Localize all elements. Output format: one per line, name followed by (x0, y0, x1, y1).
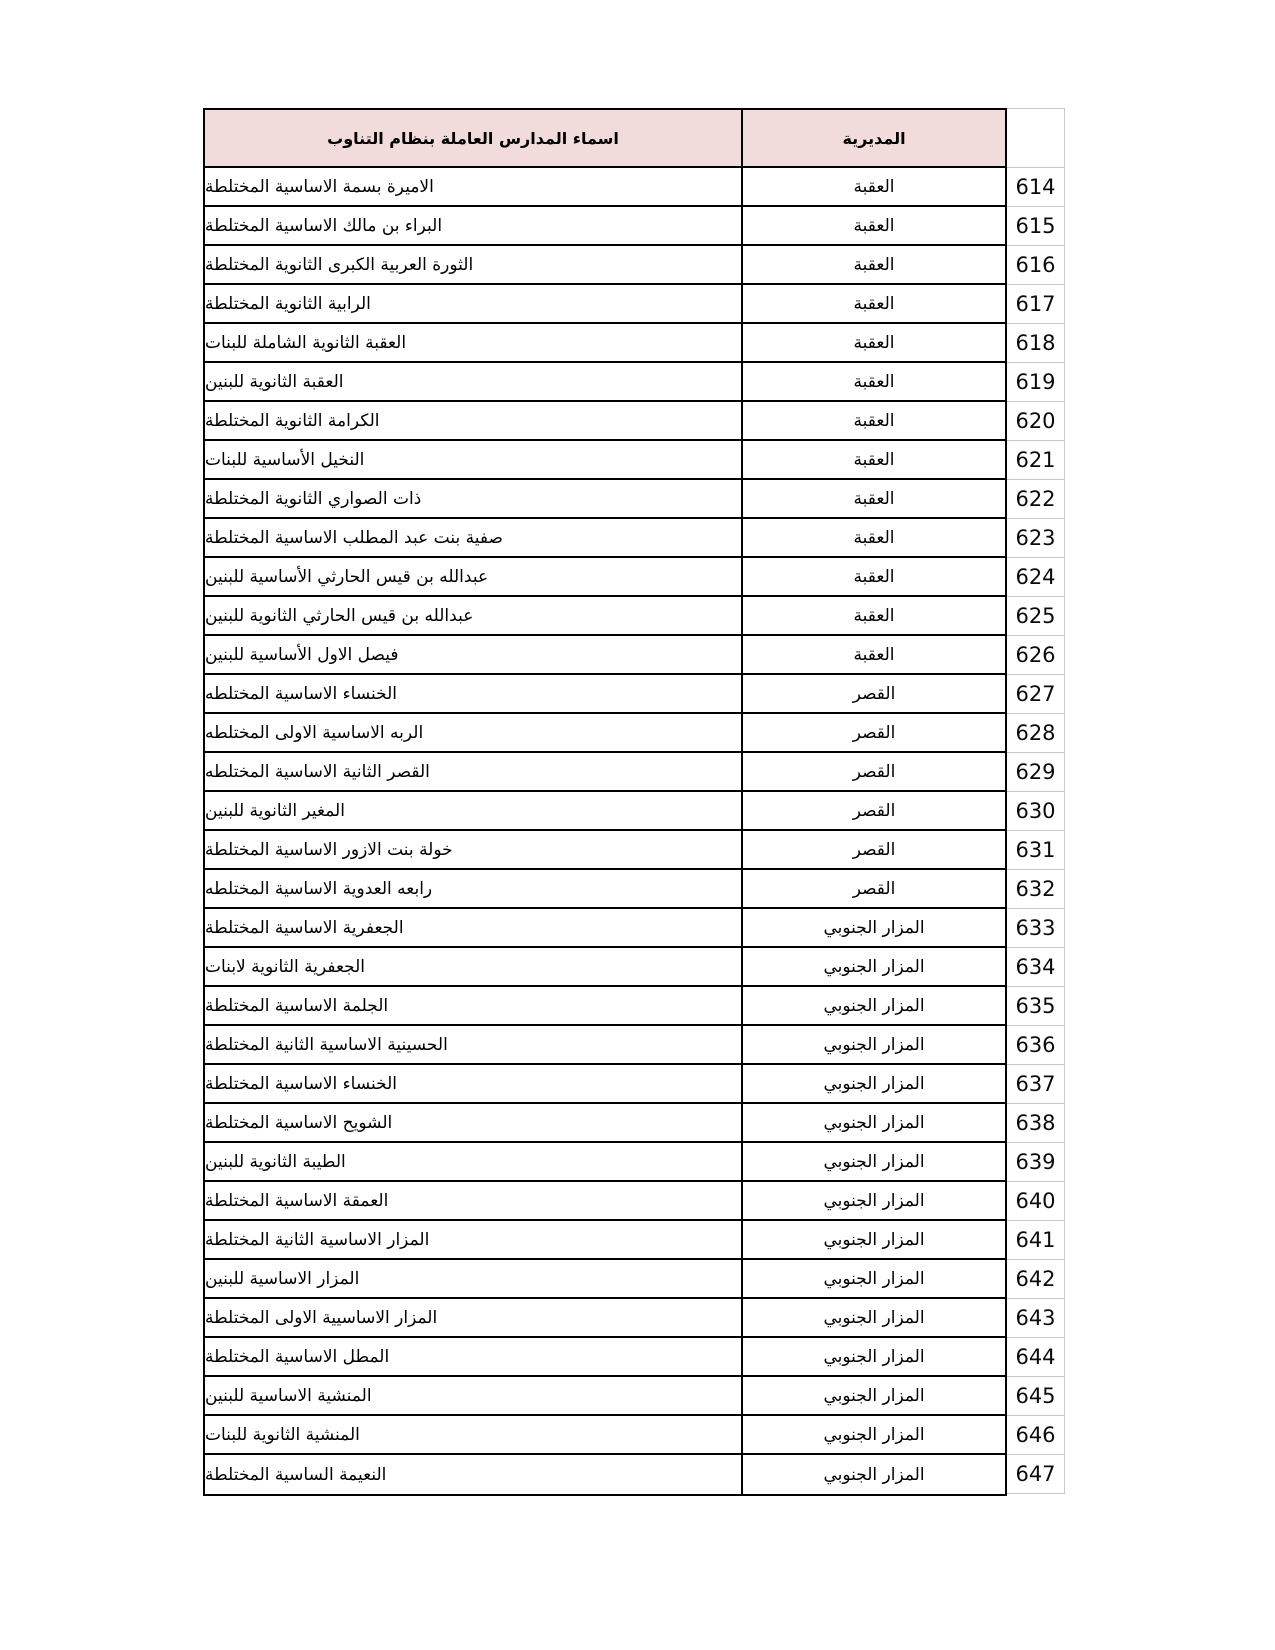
table-row: الثورة العربية الكبرى الثانوية المختلطةا… (205, 246, 1005, 285)
school-name-cell: النعيمة الساسية المختلطة (205, 1455, 741, 1494)
row-number-cell: 639 (1007, 1143, 1065, 1182)
table-row: العقبة الثانوية الشاملة للبناتالعقبة (205, 324, 1005, 363)
row-number-cell: 622 (1007, 480, 1065, 519)
table-row: عبدالله بن قيس الحارثي الأساسية للبنينال… (205, 558, 1005, 597)
table-row: العقبة الثانوية للبنينالعقبة (205, 363, 1005, 402)
row-number-cell: 617 (1007, 285, 1065, 324)
row-number-cell: 638 (1007, 1104, 1065, 1143)
row-number-column: 6146156166176186196206216226236246256266… (1007, 108, 1065, 1494)
table-row: الربه الاساسية الاولى المختلطهالقصر (205, 714, 1005, 753)
row-number-cell: 616 (1007, 246, 1065, 285)
table-row: الرابية الثانوية المختلطةالعقبة (205, 285, 1005, 324)
table-row: المزار الاساسيية الاولى المختلطةالمزار ا… (205, 1299, 1005, 1338)
table-row: المغير الثانوية للبنينالقصر (205, 792, 1005, 831)
table-row: الجعفرية الثانوية لابناتالمزار الجنوبي (205, 948, 1005, 987)
table-row: الاميرة بسمة الاساسية المختلطةالعقبة (205, 168, 1005, 207)
directorate-cell: القصر (741, 870, 1005, 907)
row-number-header-spacer (1007, 108, 1065, 168)
school-name-cell: العقبة الثانوية الشاملة للبنات (205, 324, 741, 361)
row-number-cell: 628 (1007, 714, 1065, 753)
directorate-cell: العقبة (741, 597, 1005, 634)
table-row: عبدالله بن قيس الحارثي الثانوية للبنينال… (205, 597, 1005, 636)
directorate-cell: العقبة (741, 324, 1005, 361)
school-name-cell: العمقة الاساسية المختلطة (205, 1182, 741, 1219)
directorate-cell: العقبة (741, 168, 1005, 205)
row-number-cell: 625 (1007, 597, 1065, 636)
directorate-cell: القصر (741, 714, 1005, 751)
table-row: المنشية الثانوية للبناتالمزار الجنوبي (205, 1416, 1005, 1455)
table-row: النخيل الأساسية للبناتالعقبة (205, 441, 1005, 480)
table-row: المزار الاساسية الثانية المختلطةالمزار ا… (205, 1221, 1005, 1260)
row-number-cell: 644 (1007, 1338, 1065, 1377)
school-name-cell: الخنساء الاساسية المختلطة (205, 1065, 741, 1102)
directorate-cell: القصر (741, 792, 1005, 829)
school-name-cell: العقبة الثانوية للبنين (205, 363, 741, 400)
schools-table-main: اسماء المدارس العاملة بنظام التناوب المد… (203, 108, 1007, 1496)
school-name-cell: المزار الاساسية الثانية المختلطة (205, 1221, 741, 1258)
directorate-cell: المزار الجنوبي (741, 1065, 1005, 1102)
school-name-cell: المزار الاساسية للبنين (205, 1260, 741, 1297)
directorate-cell: المزار الجنوبي (741, 1377, 1005, 1414)
directorate-cell: العقبة (741, 441, 1005, 478)
school-name-cell: عبدالله بن قيس الحارثي الأساسية للبنين (205, 558, 741, 595)
table-row: ذات الصواري الثانوية المختلطةالعقبة (205, 480, 1005, 519)
school-name-cell: المزار الاساسيية الاولى المختلطة (205, 1299, 741, 1336)
directorate-cell: المزار الجنوبي (741, 1338, 1005, 1375)
school-name-cell: الجلمة الاساسية المختلطة (205, 987, 741, 1024)
directorate-cell: العقبة (741, 285, 1005, 322)
directorate-cell: المزار الجنوبي (741, 1026, 1005, 1063)
school-name-cell: الكرامة الثانوية المختلطة (205, 402, 741, 439)
school-name-cell: صفية بنت عبد المطلب الاساسية المختلطة (205, 519, 741, 556)
school-name-cell: الحسينية الاساسية الثانية المختلطة (205, 1026, 741, 1063)
directorate-cell: القصر (741, 831, 1005, 868)
row-number-cell: 636 (1007, 1026, 1065, 1065)
header-schools-label: اسماء المدارس العاملة بنظام التناوب (327, 129, 619, 148)
table-row: الجعفرية الاساسية المختلطةالمزار الجنوبي (205, 909, 1005, 948)
header-schools-column: اسماء المدارس العاملة بنظام التناوب (205, 110, 741, 166)
school-name-cell: المنشية الاساسية للبنين (205, 1377, 741, 1414)
directorate-cell: القصر (741, 753, 1005, 790)
row-number-cell: 637 (1007, 1065, 1065, 1104)
row-number-cell: 635 (1007, 987, 1065, 1026)
directorate-cell: المزار الجنوبي (741, 1221, 1005, 1258)
table-row: المنشية الاساسية للبنينالمزار الجنوبي (205, 1377, 1005, 1416)
directorate-cell: العقبة (741, 402, 1005, 439)
table-row: العمقة الاساسية المختلطةالمزار الجنوبي (205, 1182, 1005, 1221)
row-number-cell: 623 (1007, 519, 1065, 558)
table-row: الخنساء الاساسية المختلطهالقصر (205, 675, 1005, 714)
row-number-cell: 619 (1007, 363, 1065, 402)
school-name-cell: البراء بن مالك الاساسية المختلطة (205, 207, 741, 244)
school-name-cell: فيصل الاول الأساسية للبنين (205, 636, 741, 673)
directorate-cell: المزار الجنوبي (741, 1455, 1005, 1494)
directorate-cell: العقبة (741, 558, 1005, 595)
school-name-cell: المنشية الثانوية للبنات (205, 1416, 741, 1453)
table-row: الطيبة الثانوية للبنينالمزار الجنوبي (205, 1143, 1005, 1182)
directorate-cell: العقبة (741, 363, 1005, 400)
table-body: الاميرة بسمة الاساسية المختلطةالعقبةالبر… (205, 168, 1005, 1494)
row-number-cells: 6146156166176186196206216226236246256266… (1007, 168, 1065, 1494)
school-name-cell: المغير الثانوية للبنين (205, 792, 741, 829)
school-name-cell: القصر الثانية الاساسية المختلطه (205, 753, 741, 790)
row-number-cell: 618 (1007, 324, 1065, 363)
row-number-cell: 632 (1007, 870, 1065, 909)
table-row: الكرامة الثانوية المختلطةالعقبة (205, 402, 1005, 441)
school-name-cell: رابعه العدوية الاساسية المختلطه (205, 870, 741, 907)
school-name-cell: المطل الاساسية المختلطة (205, 1338, 741, 1375)
table-row: المزار الاساسية للبنينالمزار الجنوبي (205, 1260, 1005, 1299)
table-row: صفية بنت عبد المطلب الاساسية المختلطةالع… (205, 519, 1005, 558)
directorate-cell: العقبة (741, 246, 1005, 283)
row-number-cell: 614 (1007, 168, 1065, 207)
school-name-cell: النخيل الأساسية للبنات (205, 441, 741, 478)
row-number-cell: 626 (1007, 636, 1065, 675)
row-number-cell: 624 (1007, 558, 1065, 597)
school-name-cell: ذات الصواري الثانوية المختلطة (205, 480, 741, 517)
row-number-cell: 645 (1007, 1377, 1065, 1416)
table-row: رابعه العدوية الاساسية المختلطهالقصر (205, 870, 1005, 909)
table-row: النعيمة الساسية المختلطةالمزار الجنوبي (205, 1455, 1005, 1494)
schools-table: اسماء المدارس العاملة بنظام التناوب المد… (203, 108, 1065, 1496)
row-number-cell: 615 (1007, 207, 1065, 246)
directorate-cell: العقبة (741, 636, 1005, 673)
school-name-cell: الرابية الثانوية المختلطة (205, 285, 741, 322)
directorate-cell: المزار الجنوبي (741, 909, 1005, 946)
table-row: المطل الاساسية المختلطةالمزار الجنوبي (205, 1338, 1005, 1377)
directorate-cell: المزار الجنوبي (741, 987, 1005, 1024)
directorate-cell: العقبة (741, 207, 1005, 244)
row-number-cell: 634 (1007, 948, 1065, 987)
school-name-cell: الجعفرية الاساسية المختلطة (205, 909, 741, 946)
school-name-cell: الخنساء الاساسية المختلطه (205, 675, 741, 712)
directorate-cell: العقبة (741, 480, 1005, 517)
directorate-cell: المزار الجنوبي (741, 1299, 1005, 1336)
directorate-cell: المزار الجنوبي (741, 1143, 1005, 1180)
directorate-cell: المزار الجنوبي (741, 1182, 1005, 1219)
directorate-cell: المزار الجنوبي (741, 1416, 1005, 1453)
school-name-cell: الطيبة الثانوية للبنين (205, 1143, 741, 1180)
row-number-cell: 641 (1007, 1221, 1065, 1260)
header-directorate-label: المديرية (842, 129, 905, 148)
header-directorate-column: المديرية (741, 110, 1005, 166)
row-number-cell: 620 (1007, 402, 1065, 441)
table-row: الحسينية الاساسية الثانية المختلطةالمزار… (205, 1026, 1005, 1065)
row-number-cell: 646 (1007, 1416, 1065, 1455)
row-number-cell: 630 (1007, 792, 1065, 831)
row-number-cell: 621 (1007, 441, 1065, 480)
school-name-cell: عبدالله بن قيس الحارثي الثانوية للبنين (205, 597, 741, 634)
school-name-cell: الشويح الاساسية المختلطة (205, 1104, 741, 1141)
table-row: الخنساء الاساسية المختلطةالمزار الجنوبي (205, 1065, 1005, 1104)
table-header-row: اسماء المدارس العاملة بنظام التناوب المد… (205, 110, 1005, 168)
school-name-cell: خولة بنت الازور الاساسية المختلطة (205, 831, 741, 868)
directorate-cell: القصر (741, 675, 1005, 712)
table-row: فيصل الاول الأساسية للبنينالعقبة (205, 636, 1005, 675)
row-number-cell: 643 (1007, 1299, 1065, 1338)
school-name-cell: الربه الاساسية الاولى المختلطه (205, 714, 741, 751)
row-number-cell: 629 (1007, 753, 1065, 792)
table-row: خولة بنت الازور الاساسية المختلطةالقصر (205, 831, 1005, 870)
row-number-cell: 642 (1007, 1260, 1065, 1299)
directorate-cell: المزار الجنوبي (741, 1104, 1005, 1141)
directorate-cell: العقبة (741, 519, 1005, 556)
directorate-cell: المزار الجنوبي (741, 948, 1005, 985)
school-name-cell: الثورة العربية الكبرى الثانوية المختلطة (205, 246, 741, 283)
row-number-cell: 633 (1007, 909, 1065, 948)
school-name-cell: الجعفرية الثانوية لابنات (205, 948, 741, 985)
row-number-cell: 631 (1007, 831, 1065, 870)
table-row: الجلمة الاساسية المختلطةالمزار الجنوبي (205, 987, 1005, 1026)
row-number-cell: 640 (1007, 1182, 1065, 1221)
table-row: الشويح الاساسية المختلطةالمزار الجنوبي (205, 1104, 1005, 1143)
row-number-cell: 627 (1007, 675, 1065, 714)
row-number-cell: 647 (1007, 1455, 1065, 1494)
table-row: البراء بن مالك الاساسية المختلطةالعقبة (205, 207, 1005, 246)
table-row: القصر الثانية الاساسية المختلطهالقصر (205, 753, 1005, 792)
directorate-cell: المزار الجنوبي (741, 1260, 1005, 1297)
school-name-cell: الاميرة بسمة الاساسية المختلطة (205, 168, 741, 205)
